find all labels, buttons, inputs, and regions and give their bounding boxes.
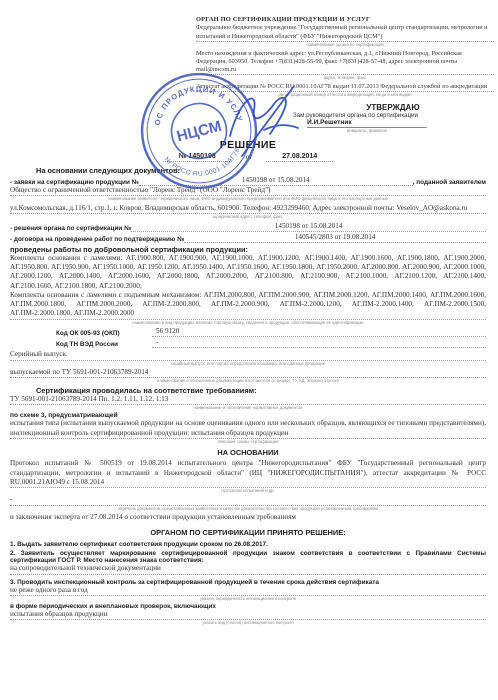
decision-item-3-value: не реже одного раза в год <box>10 586 486 596</box>
signature-ink <box>224 84 316 160</box>
approve-role: Зам.руководителя органа по сертификации <box>293 112 493 119</box>
tu-line: выпускаемой по ТУ 5691-001-21063789-2014 <box>10 368 486 378</box>
decision-item-4-caption: указать вид (способ) инспекционного конт… <box>10 620 486 625</box>
serial-caption: серийный выпуск, или партия определенног… <box>10 361 486 366</box>
tnved-code-row: Код ТН ВЭД России - <box>56 338 486 348</box>
extra-docs-caption: перечень документов, представленных заяв… <box>10 506 486 511</box>
decision-item-4-value: испытания образцов продукции <box>10 610 486 620</box>
okp-value: 56 9120 <box>152 327 486 337</box>
decision-heading: ОРГАНОМ ПО СЕРТИФИКАЦИИ ПРИНЯТО РЕШЕНИЕ: <box>10 528 486 537</box>
product-list-1: Комплекты основания с ламелями: АГ.1900.… <box>10 254 486 291</box>
requirements-caption: наименование и обозначение нормативных д… <box>10 405 486 410</box>
decision-item-4: в форме периодических и внеплановых пров… <box>10 603 486 610</box>
decision-item-2: 2. Заявитель осуществляет маркирование с… <box>10 550 486 564</box>
tu-caption: наименование и обозначение документации … <box>10 378 486 383</box>
approve-name: И.И.Решетник <box>307 119 427 128</box>
org-title: ОРГАН ПО СЕРТИФИКАЦИИ ПРОДУКЦИИ И УСЛУГ <box>196 16 494 24</box>
tnved-label: Код ТН ВЭД России <box>56 341 152 348</box>
contract-row: - договора на проведение работ по подтве… <box>10 233 486 243</box>
applicant-address: ул.Комсомольская, д.116/1, стр.1, г. Ков… <box>10 204 486 214</box>
approve-title: УТВЕРЖДАЮ <box>293 103 493 112</box>
serial-issue: Серийный выпуск. <box>10 350 486 360</box>
tnved-value: - <box>152 338 486 348</box>
org-name-caption: наименование органа по сертификации <box>196 42 494 47</box>
extra-docs-value: - <box>10 495 486 505</box>
application-suffix: , поданной заявителем <box>413 179 486 186</box>
decision-item-2-value: на сопроводительной технической документ… <box>10 564 486 574</box>
decision-doc-row: - решения органа по сертификации № 14501… <box>10 222 486 232</box>
decision-document: ОРГАН ПО СЕРТИФИКАЦИИ ПРОДУКЦИИ И УСЛУГ … <box>0 0 498 700</box>
requirements-value: ТУ 5691-001-21063789-2014 Пп. 1.2, 1.11,… <box>10 395 486 405</box>
decision-doc-label: - решения органа по сертификации № <box>10 225 131 232</box>
applicant-name-caption: наименование заявителя - юридического ли… <box>10 196 486 201</box>
approve-caption: инициалы, фамилия <box>307 128 427 133</box>
approval-block: УТВЕРЖДАЮ Зам.руководителя органа по сер… <box>293 103 493 133</box>
expert-conclusion: и заключения эксперта от 27.08.2014 о со… <box>10 513 486 522</box>
okp-label: Код ОК 005-93 (ОКП) <box>56 330 152 337</box>
org-name: Федеральное бюджетное учреждение "Госуда… <box>196 24 494 42</box>
contract-value: 140545/2803 от 19.08.2014 <box>184 233 486 243</box>
scheme-caption: описание схемы сертификации <box>10 439 486 444</box>
decision-item-3: 3. Проводить инспекционный контроль за с… <box>10 579 486 586</box>
decision-doc-value: 1450198 от 15.08.2014 <box>131 222 486 232</box>
contract-label: - договора на проведение работ по подтве… <box>10 236 184 243</box>
scheme-heading: по схеме 3, предусматривающей <box>10 412 486 419</box>
application-label: - заявки на сертификацию продукции № <box>10 179 139 186</box>
decision-item-1: 1. Выдать заявителю сертификат соответст… <box>10 541 486 548</box>
grounds-heading: НА ОСНОВАНИИ <box>10 448 486 457</box>
protocol-caption: протоколы испытаний и др. <box>10 488 486 493</box>
okp-code-row: Код ОК 005-93 (ОКП) 56 9120 <box>56 327 486 337</box>
scheme-text: испытания типа (испытания выпускаемой пр… <box>10 419 486 438</box>
decision-item-3-caption: указать периодичность инспекционного кон… <box>10 596 486 601</box>
product-caption: наименование и вид продукции, включая то… <box>10 320 486 325</box>
product-heading: проведены работы по добровольной сертифи… <box>10 245 486 254</box>
applicant-name: Общество с ограниченной ответственностью… <box>10 186 486 196</box>
protocol-text: Протокол испытаний № 500519 от 19.08.201… <box>10 459 486 488</box>
stamp-center-text: НЦСМ <box>175 118 223 146</box>
product-list-2: Комплекты основания с ламелями с подъемн… <box>10 291 486 320</box>
requirements-heading: Сертификация проводилась на соответствие… <box>36 386 486 395</box>
applicant-address-caption: юридический адрес, телефон, факс <box>10 214 486 219</box>
